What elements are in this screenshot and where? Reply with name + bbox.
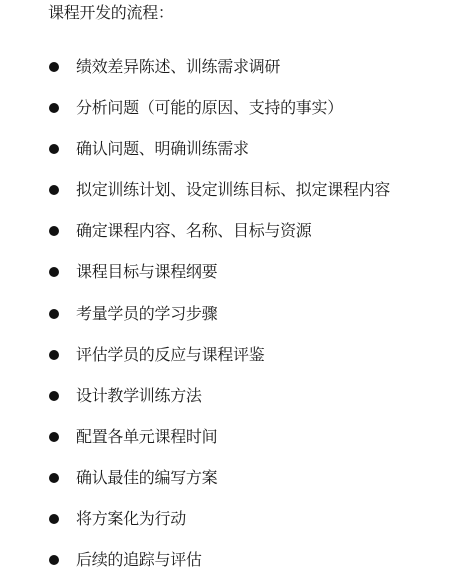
list-item-label: 将方案化为行动 [76, 508, 186, 530]
bullet-icon [49, 144, 59, 154]
bullet-icon [49, 473, 59, 483]
bullet-icon [49, 62, 59, 72]
bullet-icon [49, 514, 59, 524]
list-item-label: 配置各单元课程时间 [76, 426, 217, 448]
list-item-label: 拟定训练计划、设定训练目标、拟定课程内容 [76, 179, 390, 201]
list-item-label: 评估学员的反应与课程评鉴 [76, 344, 264, 366]
bullet-icon [49, 267, 59, 277]
list-item-label: 确认问题、明确训练需求 [76, 138, 249, 160]
list-item-label: 分析问题（可能的原因、支持的事实） [76, 97, 343, 119]
bullet-icon [49, 555, 59, 565]
bullet-icon [49, 103, 59, 113]
bullet-icon [49, 185, 59, 195]
bullet-icon [49, 391, 59, 401]
list-item-label: 后续的追踪与评估 [76, 549, 202, 571]
bullet-icon [49, 309, 59, 319]
bullet-icon [49, 226, 59, 236]
bullet-icon [49, 432, 59, 442]
list-item-label: 确认最佳的编写方案 [76, 467, 217, 489]
list-item-label: 设计教学训练方法 [76, 385, 202, 407]
list-item-label: 确定课程内容、名称、目标与资源 [76, 220, 312, 242]
bullet-icon [49, 350, 59, 360]
document-title: 课程开发的流程： [48, 2, 174, 24]
list-item-label: 绩效差异陈述、训练需求调研 [76, 56, 280, 78]
list-item-label: 考量学员的学习步骤 [76, 303, 217, 325]
list-item-label: 课程目标与课程纲要 [76, 261, 217, 283]
